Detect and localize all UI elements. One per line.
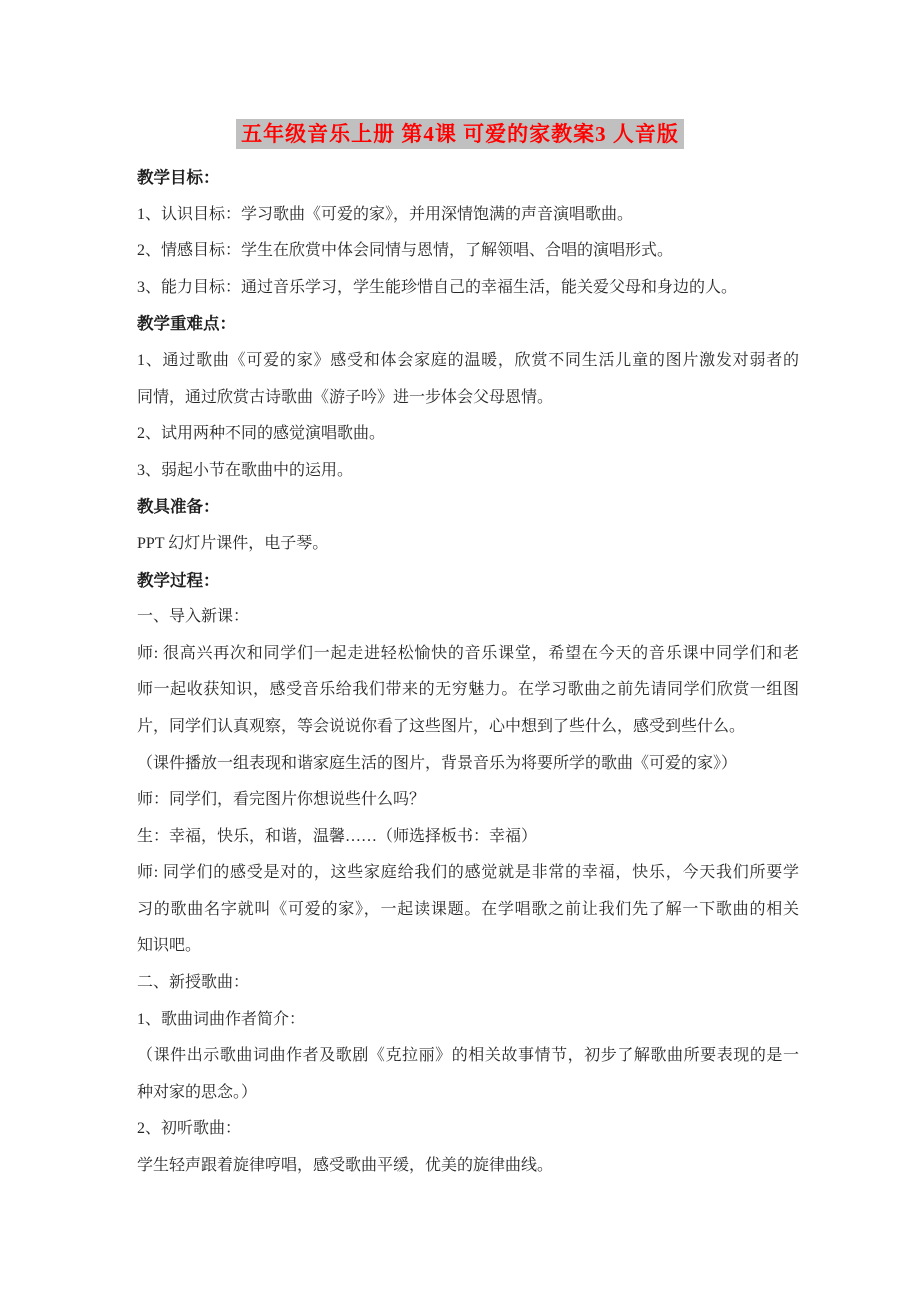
heading-teaching-goals: 教学目标： [137, 160, 799, 197]
doc-line: 习的歌曲名字就叫《可爱的家》，一起读课题。在学唱歌之前让我们先了解一下歌曲的相关 [137, 892, 799, 929]
doc-line: 2、试用两种不同的感觉演唱歌曲。 [137, 416, 799, 453]
doc-line: 1、歌曲词曲作者简介： [137, 1002, 799, 1039]
doc-line: 1、通过歌曲《可爱的家》感受和体会家庭的温暖，欣赏不同生活儿童的图片激发对弱者的 [137, 343, 799, 380]
doc-line: 学生轻声跟着旋律哼唱，感受歌曲平缓，优美的旋律曲线。 [137, 1148, 799, 1185]
doc-line: PPT 幻灯片课件，电子琴。 [137, 526, 799, 563]
doc-line: 片，同学们认真观察，等会说说你看了这些图片，心中想到了些什么，感受到些什么。 [137, 709, 799, 746]
doc-line: 师：同学们，看完图片你想说些什么吗？ [137, 782, 799, 819]
doc-line: 同情，通过欣赏古诗歌曲《游子吟》进一步体会父母恩情。 [137, 380, 799, 417]
heading-key-difficulties: 教学重难点： [137, 306, 799, 343]
doc-line: （课件播放一组表现和谐家庭生活的图片，背景音乐为将要所学的歌曲《可爱的家》） [137, 746, 799, 783]
document-page: 五年级音乐上册 第4课 可爱的家教案3 人音版 教学目标： 1、认识目标：学习歌… [0, 0, 920, 1302]
doc-line: 1、认识目标：学习歌曲《可爱的家》，并用深情饱满的声音演唱歌曲。 [137, 197, 799, 234]
doc-line: 生：幸福，快乐，和谐，温馨……（师选择板书：幸福） [137, 819, 799, 856]
document-title: 五年级音乐上册 第4课 可爱的家教案3 人音版 [236, 119, 684, 149]
heading-teaching-aids: 教具准备： [137, 489, 799, 526]
doc-line: 2、初听歌曲： [137, 1111, 799, 1148]
doc-line: 师: 同学们的感受是对的，这些家庭给我们的感觉就是非常的幸福，快乐，今天我们所要… [137, 855, 799, 892]
doc-line: 3、弱起小节在歌曲中的运用。 [137, 453, 799, 490]
doc-line: （课件出示歌曲词曲作者及歌剧《克拉丽》的相关故事情节，初步了解歌曲所要表现的是一 [137, 1038, 799, 1075]
doc-line: 一、导入新课： [137, 599, 799, 636]
doc-line: 师一起收获知识，感受音乐给我们带来的无穷魅力。在学习歌曲之前先请同学们欣赏一组图 [137, 672, 799, 709]
doc-line: 3、能力目标：通过音乐学习，学生能珍惜自己的幸福生活，能关爱父母和身边的人。 [137, 270, 799, 307]
doc-line: 师: 很高兴再次和同学们一起走进轻松愉快的音乐课堂，希望在今天的音乐课中同学们和… [137, 636, 799, 673]
doc-line: 2、情感目标：学生在欣赏中体会同情与恩情，了解领唱、合唱的演唱形式。 [137, 233, 799, 270]
heading-teaching-process: 教学过程： [137, 563, 799, 600]
doc-line: 知识吧。 [137, 928, 799, 965]
doc-line: 种对家的思念。） [137, 1075, 799, 1112]
doc-line: 二、新授歌曲： [137, 965, 799, 1002]
document-body: 教学目标： 1、认识目标：学习歌曲《可爱的家》，并用深情饱满的声音演唱歌曲。 2… [137, 160, 799, 1185]
title-row: 五年级音乐上册 第4课 可爱的家教案3 人音版 [0, 119, 920, 149]
